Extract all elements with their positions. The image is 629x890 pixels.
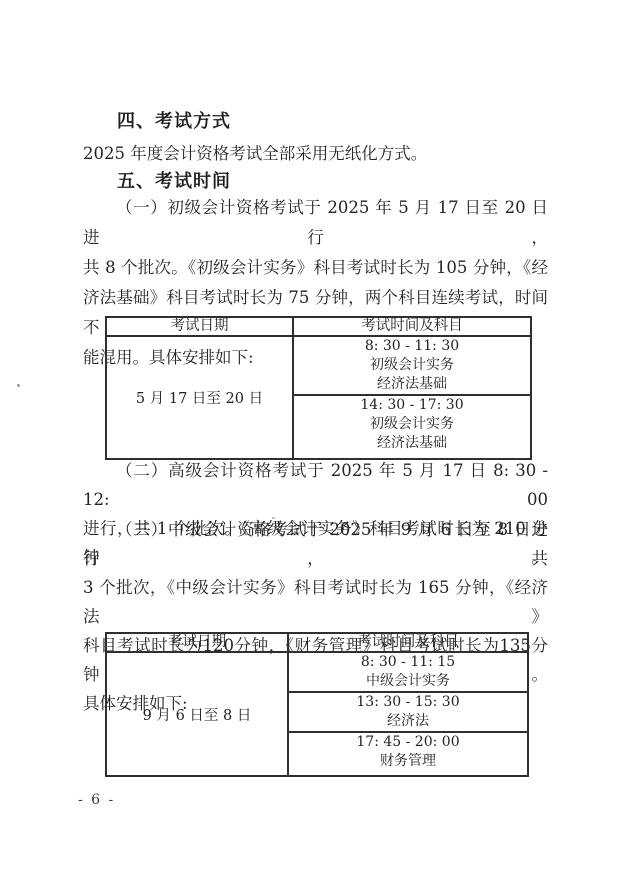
session-time: 8: 30 - 11: 15 <box>289 653 527 672</box>
session-subject: 经济法 <box>289 712 527 731</box>
document-page: 四、考试方式 2025 年度会计资格考试全部采用无纸化方式。 五、考试时间 （一… <box>0 0 629 890</box>
session-time: 17: 45 - 20: 00 <box>289 733 527 752</box>
session-cell: 17: 45 - 20: 00 财务管理 <box>288 732 528 776</box>
column-header-exam-time-subjects: 考试时间及科目 <box>288 633 528 652</box>
scan-artifact-dot <box>272 517 275 519</box>
paragraph-line: （一）初级会计资格考试于 2025 年 5 月 17 日至 20 日进行， <box>83 193 548 253</box>
session-subject: 初级会计实务 <box>294 415 530 434</box>
session-time: 14: 30 - 17: 30 <box>294 396 530 415</box>
table-header-row: 考试日期 考试时间及科目 <box>106 317 531 336</box>
paragraph-line: （三）中级会计资格考试于 2025 年 9 月 6 日至 8 日进行，共 <box>83 515 548 573</box>
exam-date-cell: 9 月 6 日至 8 日 <box>106 652 288 776</box>
session-subject: 财务管理 <box>289 752 527 771</box>
paragraph-line: （二）高级会计资格考试于 2025 年 5 月 17 日 8: 30 - 12:… <box>83 456 548 514</box>
section-heading-exam-method: 四、考试方式 <box>83 110 548 134</box>
session-subject: 初级会计实务 <box>294 356 530 375</box>
session-time: 8: 30 - 11: 30 <box>294 337 530 356</box>
paragraph-line: 3 个批次，《中级会计实务》科目考试时长为 165 分钟，《经济法》 <box>83 573 548 631</box>
scan-artifact-dot <box>17 384 20 387</box>
table-header-row: 考试日期 考试时间及科目 <box>106 633 528 652</box>
session-subject: 经济法基础 <box>294 434 530 453</box>
session-time: 13: 30 - 15: 30 <box>289 693 527 712</box>
paragraph-line: 共 8 个批次。《初级会计实务》科目考试时长为 105 分钟，《经 <box>83 253 548 283</box>
session-cell: 13: 30 - 15: 30 经济法 <box>288 692 528 732</box>
column-header-exam-date: 考试日期 <box>106 633 288 652</box>
table-row: 9 月 6 日至 8 日 8: 30 - 11: 15 中级会计实务 <box>106 652 528 692</box>
page-number: - 6 - <box>78 792 115 808</box>
session-subject: 中级会计实务 <box>289 672 527 691</box>
column-header-exam-date: 考试日期 <box>106 317 293 336</box>
section-heading-exam-time: 五、考试时间 <box>83 170 548 194</box>
table-row: 5 月 17 日至 20 日 8: 30 - 11: 30 初级会计实务 经济法… <box>106 336 531 395</box>
session-subject: 经济法基础 <box>294 375 530 394</box>
session-cell: 14: 30 - 17: 30 初级会计实务 经济法基础 <box>293 395 531 459</box>
schedule-table-intermediate: 考试日期 考试时间及科目 9 月 6 日至 8 日 8: 30 - 11: 15… <box>105 632 529 777</box>
section-body-exam-method: 2025 年度会计资格考试全部采用无纸化方式。 <box>83 139 548 169</box>
session-cell: 8: 30 - 11: 30 初级会计实务 经济法基础 <box>293 336 531 395</box>
schedule-table-junior: 考试日期 考试时间及科目 5 月 17 日至 20 日 8: 30 - 11: … <box>105 316 532 460</box>
exam-date-cell: 5 月 17 日至 20 日 <box>106 336 293 459</box>
session-cell: 8: 30 - 11: 15 中级会计实务 <box>288 652 528 692</box>
column-header-exam-time-subjects: 考试时间及科目 <box>293 317 531 336</box>
